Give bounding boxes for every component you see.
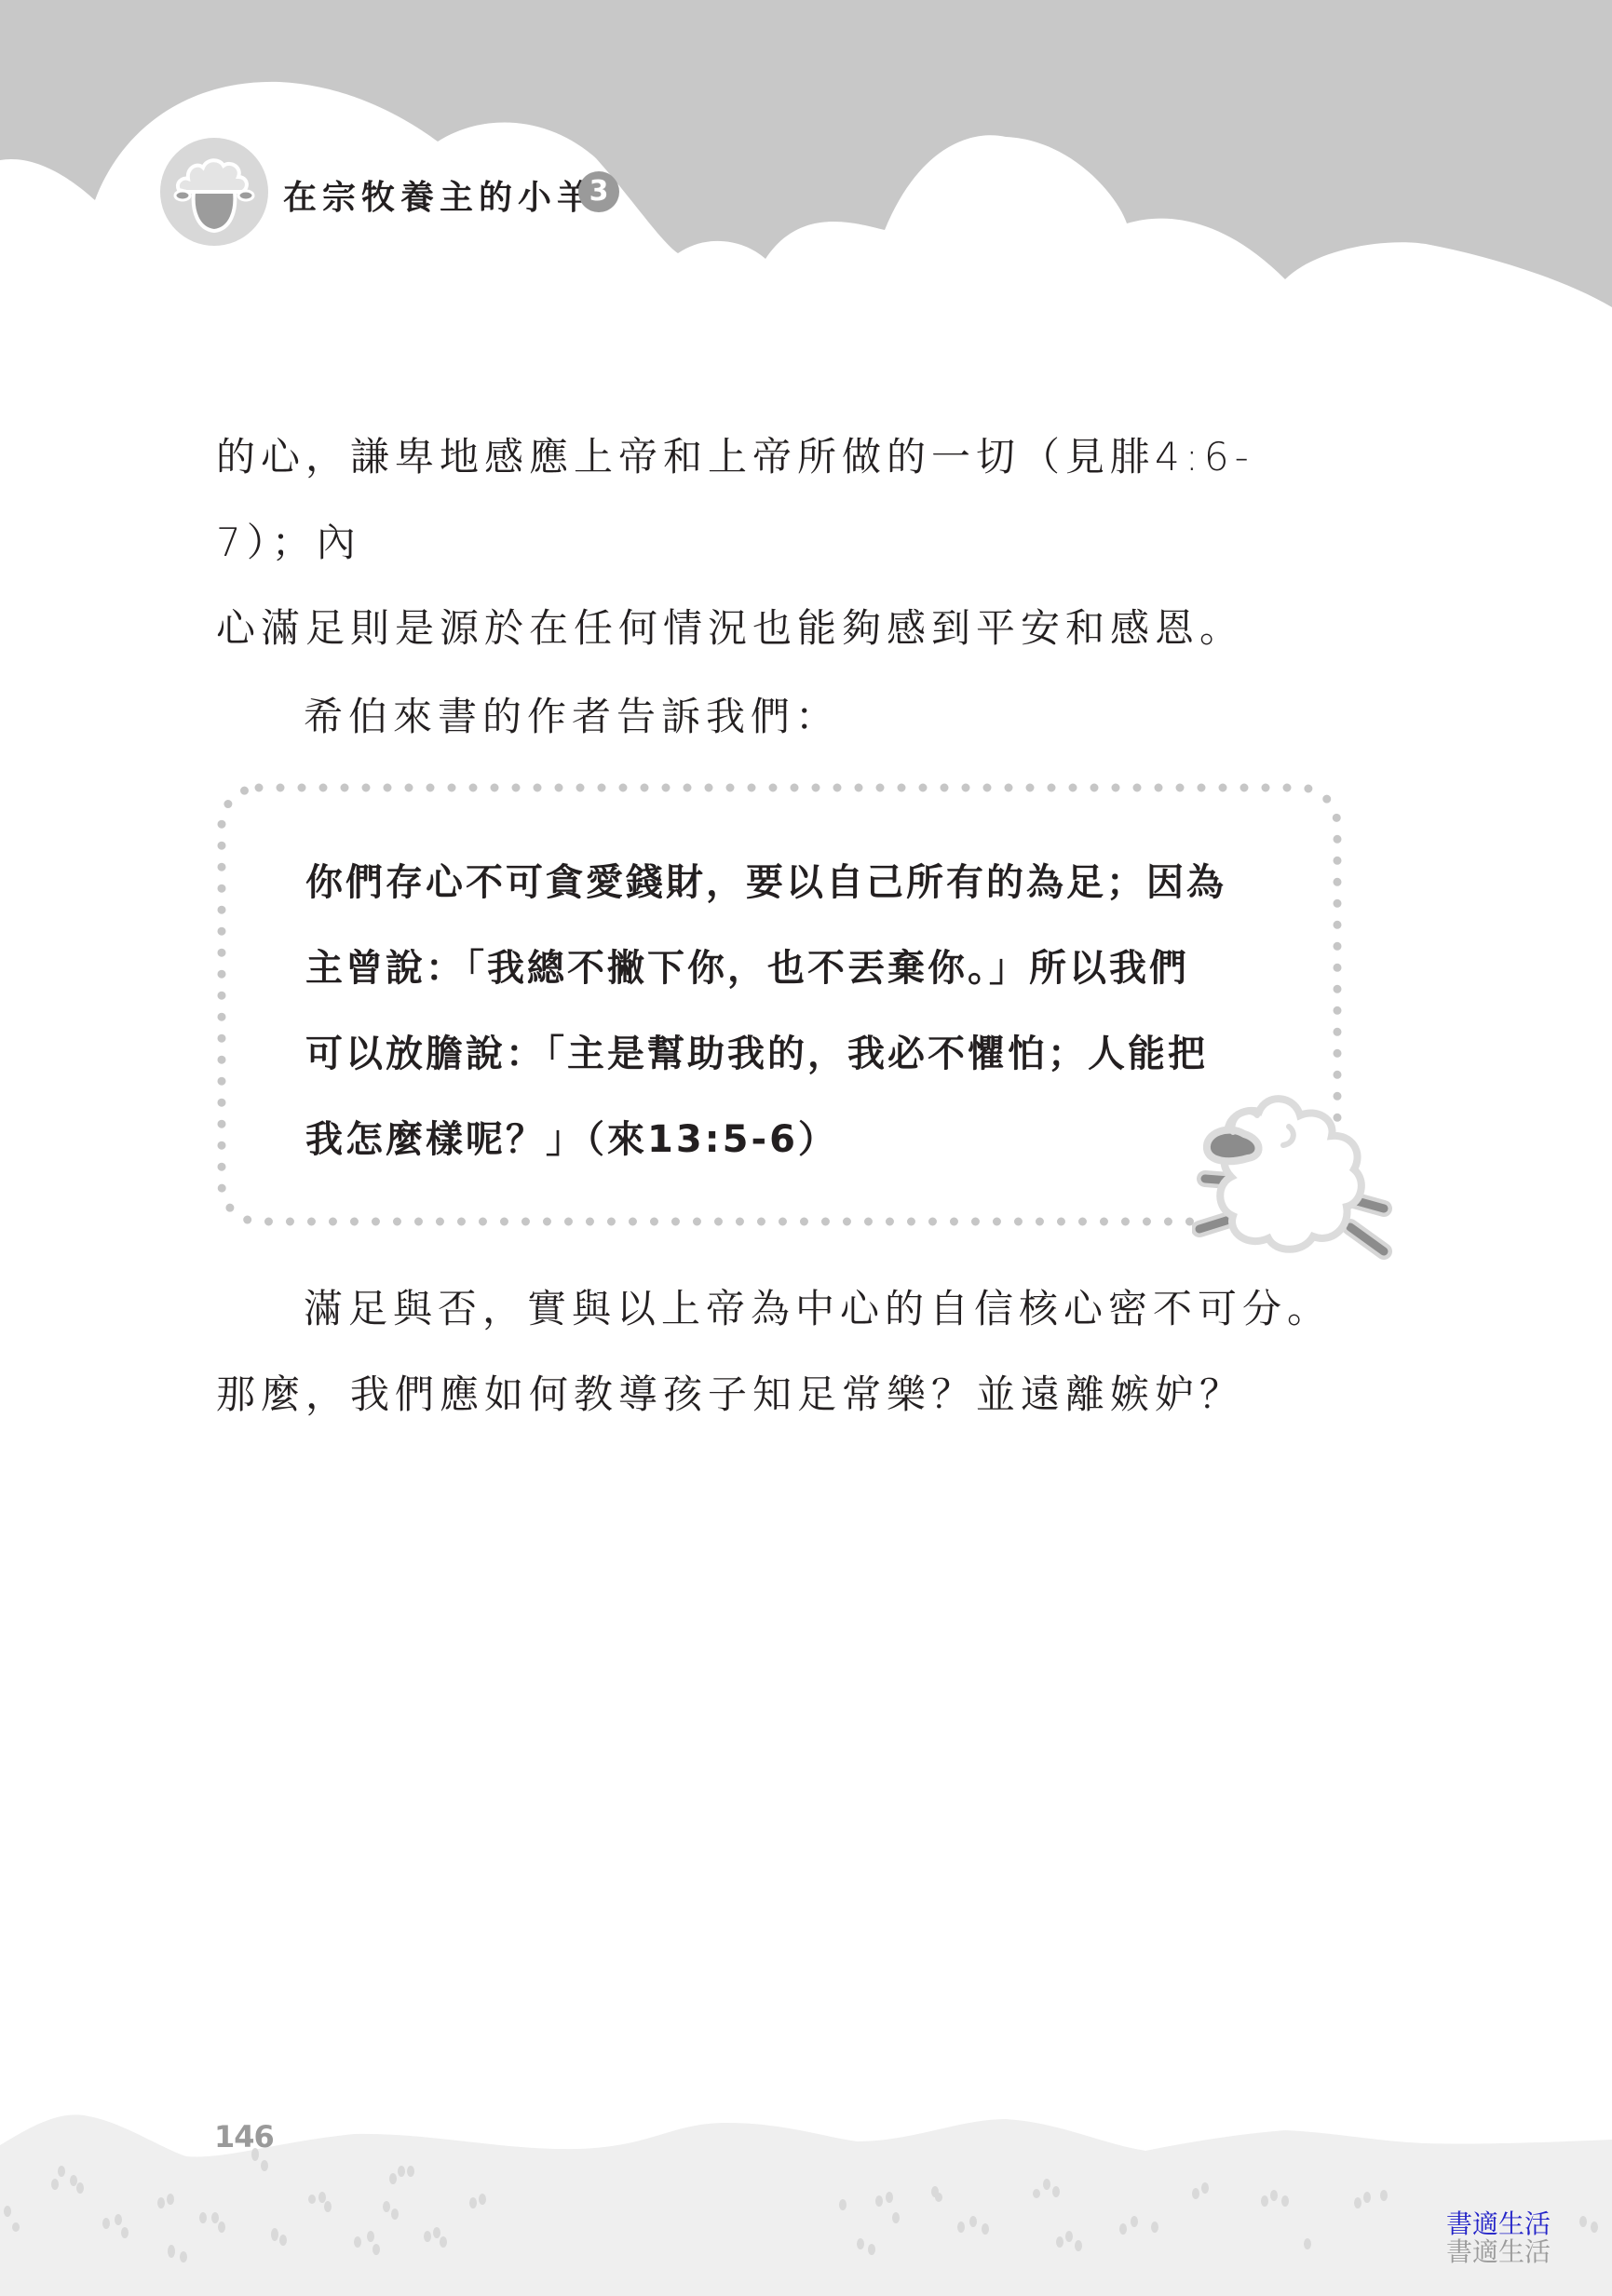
series-title: 在宗牧養主的小羊 bbox=[283, 171, 596, 219]
paragraph-2: 希伯來書的作者告訴我們： bbox=[216, 674, 1352, 760]
page-number: 146 bbox=[214, 2119, 274, 2154]
quote-line-3: 可以放膽說：「主是幫助我的，我必不懼怕；人能把 bbox=[305, 1011, 1274, 1097]
quote-line-1: 你們存心不可貪愛錢財，要以自己所有的為足；因為 bbox=[305, 840, 1274, 925]
quote-line-4: 我怎麼樣呢？」（來13:5-6） bbox=[305, 1097, 1274, 1182]
scripture-quote: 你們存心不可貪愛錢財，要以自己所有的為足；因為 主曾說：「我總不撇下你，也不丟棄… bbox=[305, 840, 1274, 1182]
jumping-sheep-icon bbox=[1192, 1087, 1397, 1274]
quote-line-2: 主曾說：「我總不撇下你，也不丟棄你。」所以我們 bbox=[305, 925, 1274, 1011]
paragraph-3-line-1: 滿足與否，實與以上帝為中心的自信核心密不可分。 bbox=[216, 1266, 1352, 1352]
sheep-head-icon bbox=[158, 136, 270, 248]
paragraph-1-line-1: 的心，謙卑地感應上帝和上帝所做的一切（見腓4:6-7）；內 bbox=[216, 414, 1352, 586]
paragraph-2-line-1: 希伯來書的作者告訴我們： bbox=[216, 674, 1352, 760]
watermark-line-2: 書適生活 bbox=[1446, 2238, 1551, 2266]
volume-badge: 3 bbox=[578, 171, 619, 212]
paragraph-1-line-2: 心滿足則是源於在任何情況也能夠感到平安和感恩。 bbox=[216, 586, 1352, 671]
watermark-line-1: 書適生活 bbox=[1446, 2210, 1551, 2238]
paragraph-3-line-2: 那麼，我們應如何教導孩子知足常樂？並遠離嫉妒？ bbox=[216, 1352, 1352, 1438]
publisher-watermark: 書適生活 書適生活 bbox=[1446, 2210, 1551, 2266]
paragraph-3: 滿足與否，實與以上帝為中心的自信核心密不可分。 那麼，我們應如何教導孩子知足常樂… bbox=[216, 1266, 1352, 1438]
paragraph-1: 的心，謙卑地感應上帝和上帝所做的一切（見腓4:6-7）；內 心滿足則是源於在任何… bbox=[216, 414, 1352, 671]
